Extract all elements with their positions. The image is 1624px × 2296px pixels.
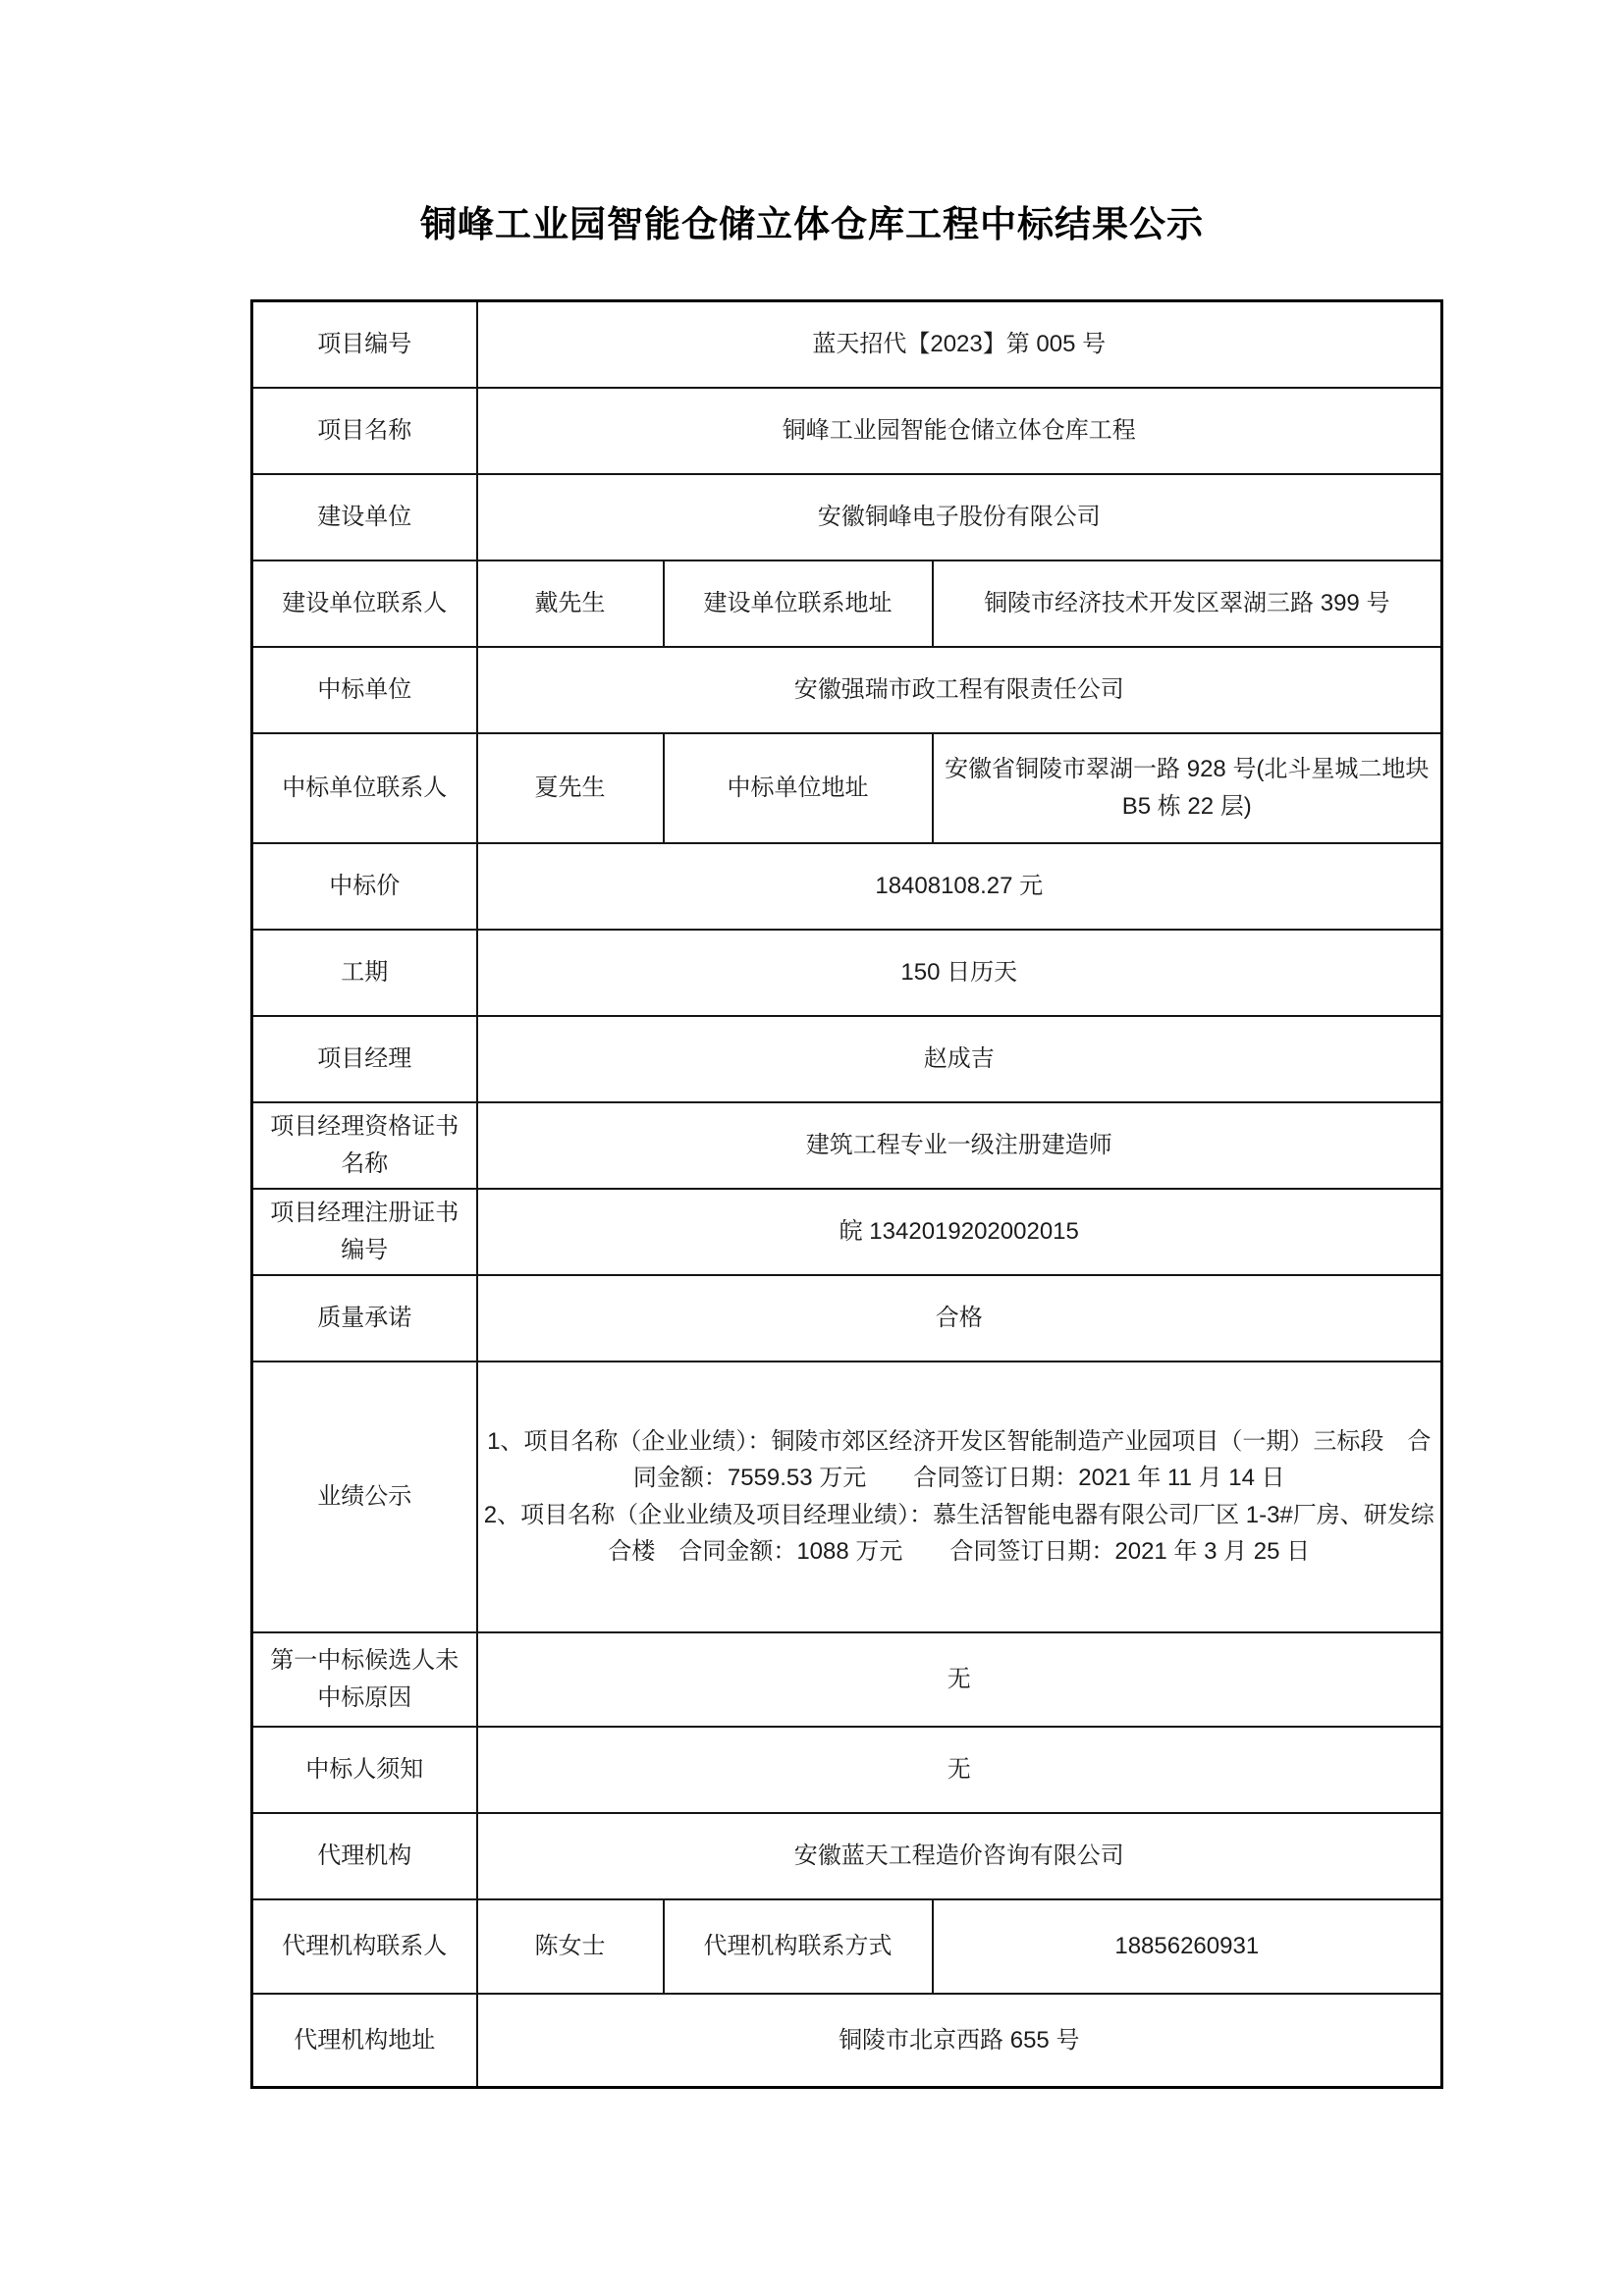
row-value: 陈女士 bbox=[477, 1899, 664, 1994]
row-value-2: 铜陵市经济技术开发区翠湖三路 399 号 bbox=[933, 561, 1442, 647]
row-value-2: 18856260931 bbox=[933, 1899, 1442, 1994]
row-label: 代理机构地址 bbox=[252, 1994, 477, 2088]
row-label: 中标单位 bbox=[252, 647, 477, 733]
row-value: 安徽铜峰电子股份有限公司 bbox=[477, 474, 1442, 561]
table-row-first-candidate-reason: 第一中标候选人未中标原因 无 bbox=[252, 1632, 1442, 1727]
row-value: 18408108.27 元 bbox=[477, 843, 1442, 930]
row-label: 建设单位联系人 bbox=[252, 561, 477, 647]
row-value: 合格 bbox=[477, 1275, 1442, 1362]
table-row-project-name: 项目名称 铜峰工业园智能仓储立体仓库工程 bbox=[252, 388, 1442, 474]
row-label: 项目名称 bbox=[252, 388, 477, 474]
row-value: 安徽强瑞市政工程有限责任公司 bbox=[477, 647, 1442, 733]
row-value: 建筑工程专业一级注册建造师 bbox=[477, 1102, 1442, 1189]
table-row-duration: 工期 150 日历天 bbox=[252, 930, 1442, 1016]
row-label: 建设单位 bbox=[252, 474, 477, 561]
table-row-winning-price: 中标价 18408108.27 元 bbox=[252, 843, 1442, 930]
row-label: 业绩公示 bbox=[252, 1362, 477, 1632]
row-label-2: 建设单位联系地址 bbox=[664, 561, 933, 647]
row-label: 项目经理注册证书编号 bbox=[252, 1189, 477, 1275]
row-value: 1、项目名称（企业业绩）：铜陵市郊区经济开发区智能制造产业园项目（一期）三标段 … bbox=[477, 1362, 1442, 1632]
row-value: 蓝天招代【2023】第 005 号 bbox=[477, 301, 1442, 388]
table-row-winner-notice: 中标人须知 无 bbox=[252, 1727, 1442, 1813]
document-page: 铜峰工业园智能仓储立体仓库工程中标结果公示 项目编号 蓝天招代【2023】第 0… bbox=[0, 0, 1624, 2296]
table-row-agency-address: 代理机构地址 铜陵市北京西路 655 号 bbox=[252, 1994, 1442, 2088]
row-label: 质量承诺 bbox=[252, 1275, 477, 1362]
table-row-agency-contact: 代理机构联系人 陈女士 代理机构联系方式 18856260931 bbox=[252, 1899, 1442, 1994]
table-row-agency: 代理机构 安徽蓝天工程造价咨询有限公司 bbox=[252, 1813, 1442, 1899]
table-row-pm-certificate-number: 项目经理注册证书编号 皖 1342019202002015 bbox=[252, 1189, 1442, 1275]
table-row-owner-unit: 建设单位 安徽铜峰电子股份有限公司 bbox=[252, 474, 1442, 561]
row-label-2: 代理机构联系方式 bbox=[664, 1899, 933, 1994]
row-label: 中标人须知 bbox=[252, 1727, 477, 1813]
row-value: 150 日历天 bbox=[477, 930, 1442, 1016]
row-label: 项目经理 bbox=[252, 1016, 477, 1102]
row-value: 戴先生 bbox=[477, 561, 664, 647]
table-row-pm-certificate-name: 项目经理资格证书名称 建筑工程专业一级注册建造师 bbox=[252, 1102, 1442, 1189]
table-row-quality-commitment: 质量承诺 合格 bbox=[252, 1275, 1442, 1362]
table-row-winning-unit: 中标单位 安徽强瑞市政工程有限责任公司 bbox=[252, 647, 1442, 733]
row-label: 项目经理资格证书名称 bbox=[252, 1102, 477, 1189]
bid-result-table: 项目编号 蓝天招代【2023】第 005 号 项目名称 铜峰工业园智能仓储立体仓… bbox=[250, 299, 1443, 2089]
row-label: 第一中标候选人未中标原因 bbox=[252, 1632, 477, 1727]
table-row-project-number: 项目编号 蓝天招代【2023】第 005 号 bbox=[252, 301, 1442, 388]
table-row-owner-contact: 建设单位联系人 戴先生 建设单位联系地址 铜陵市经济技术开发区翠湖三路 399 … bbox=[252, 561, 1442, 647]
row-value: 无 bbox=[477, 1632, 1442, 1727]
row-value: 皖 1342019202002015 bbox=[477, 1189, 1442, 1275]
row-value: 铜陵市北京西路 655 号 bbox=[477, 1994, 1442, 2088]
row-value: 夏先生 bbox=[477, 733, 664, 843]
row-label-2: 中标单位地址 bbox=[664, 733, 933, 843]
row-value: 无 bbox=[477, 1727, 1442, 1813]
row-value-2: 安徽省铜陵市翠湖一路 928 号(北斗星城二地块 B5 栋 22 层) bbox=[933, 733, 1442, 843]
table-row-winner-contact: 中标单位联系人 夏先生 中标单位地址 安徽省铜陵市翠湖一路 928 号(北斗星城… bbox=[252, 733, 1442, 843]
row-value: 赵成吉 bbox=[477, 1016, 1442, 1102]
row-label: 中标价 bbox=[252, 843, 477, 930]
row-label: 代理机构联系人 bbox=[252, 1899, 477, 1994]
row-label: 工期 bbox=[252, 930, 477, 1016]
row-value: 安徽蓝天工程造价咨询有限公司 bbox=[477, 1813, 1442, 1899]
row-label: 代理机构 bbox=[252, 1813, 477, 1899]
row-value: 铜峰工业园智能仓储立体仓库工程 bbox=[477, 388, 1442, 474]
page-title: 铜峰工业园智能仓储立体仓库工程中标结果公示 bbox=[0, 194, 1624, 247]
row-label: 中标单位联系人 bbox=[252, 733, 477, 843]
table-row-performance-announcement: 业绩公示 1、项目名称（企业业绩）：铜陵市郊区经济开发区智能制造产业园项目（一期… bbox=[252, 1362, 1442, 1632]
row-label: 项目编号 bbox=[252, 301, 477, 388]
table-row-project-manager: 项目经理 赵成吉 bbox=[252, 1016, 1442, 1102]
